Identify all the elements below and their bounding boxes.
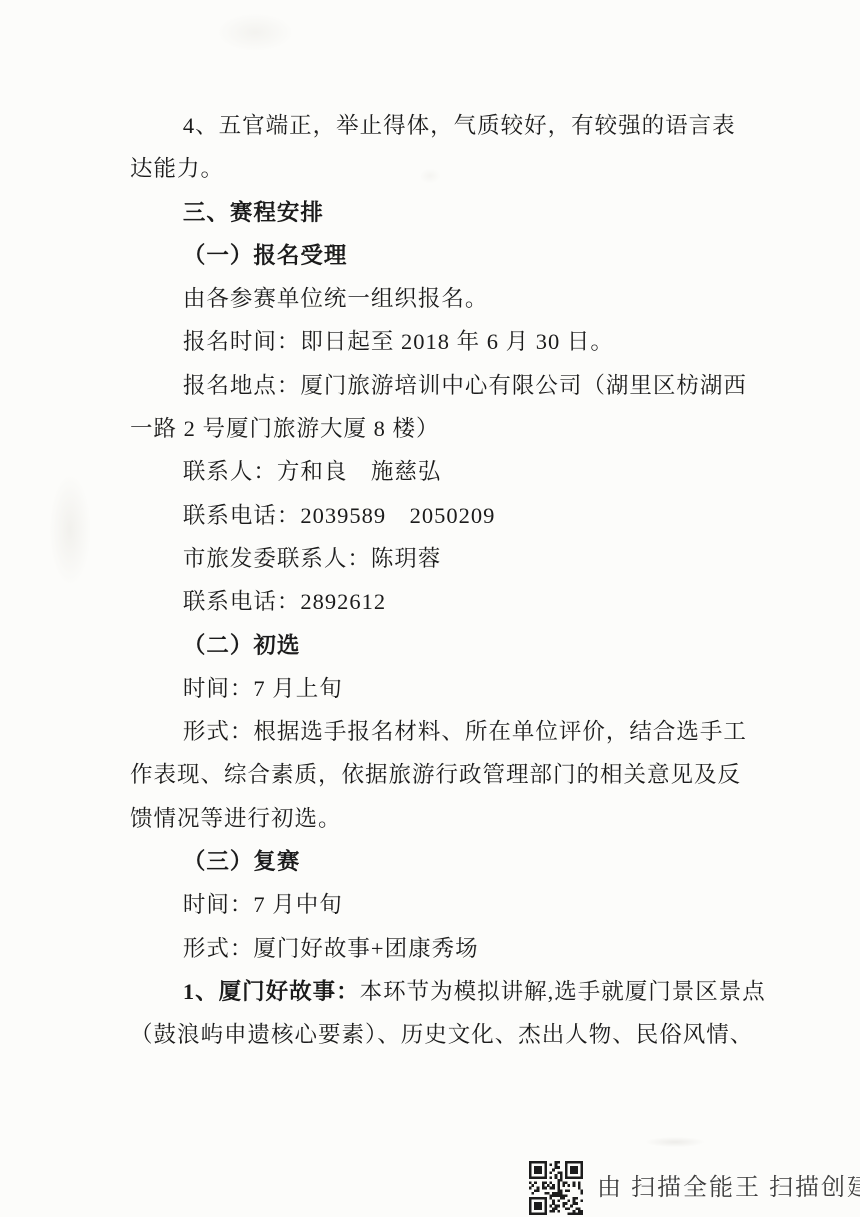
text-segment: 4、五官端正，举止得体，气质较好，有较强的语言表 bbox=[183, 113, 736, 138]
text-segment-bold: 三、赛程安排 bbox=[183, 200, 324, 225]
qr-code-icon bbox=[529, 1161, 583, 1215]
text-line: 报名时间：即日起至 2018 年 6 月 30 日。 bbox=[130, 320, 748, 363]
text-line: 联系电话：2039589 2050209 bbox=[130, 494, 748, 537]
text-line: 达能力。 bbox=[130, 147, 748, 190]
text-segment: 馈情况等进行初选。 bbox=[130, 806, 342, 831]
text-segment: 时间：7 月中旬 bbox=[183, 892, 343, 917]
scanned-document-page: 4、五官端正，举止得体，气质较好，有较强的语言表达能力。三、赛程安排（一）报名受… bbox=[0, 0, 860, 1217]
text-segment: 作表现、综合素质，依据旅游行政管理部门的相关意见及反 bbox=[130, 762, 741, 787]
text-segment-bold: 1、厦门好故事： bbox=[183, 979, 360, 1004]
text-segment: 达能力。 bbox=[130, 156, 224, 181]
text-segment: 联系人：方和良 施慈弘 bbox=[183, 459, 442, 484]
text-segment: 时间：7 月上旬 bbox=[183, 676, 343, 701]
text-segment: 形式：根据选手报名材料、所在单位评价，结合选手工 bbox=[183, 719, 747, 744]
text-line: 市旅发委联系人：陈玥蓉 bbox=[130, 537, 748, 580]
text-line: （三）复赛 bbox=[130, 840, 748, 883]
text-segment: 联系电话：2039589 2050209 bbox=[183, 503, 496, 528]
text-line: 一路 2 号厦门旅游大厦 8 楼） bbox=[130, 407, 748, 450]
document-body: 4、五官端正，举止得体，气质较好，有较强的语言表达能力。三、赛程安排（一）报名受… bbox=[130, 104, 748, 1057]
scan-artifact bbox=[40, 450, 100, 610]
text-line: 4、五官端正，举止得体，气质较好，有较强的语言表 bbox=[130, 104, 748, 147]
text-segment-bold: （三）复赛 bbox=[183, 849, 301, 874]
text-line: 形式：厦门好故事+团康秀场 bbox=[130, 927, 748, 970]
text-line: 时间：7 月上旬 bbox=[130, 667, 748, 710]
text-segment: 一路 2 号厦门旅游大厦 8 楼） bbox=[130, 416, 440, 441]
scan-artifact bbox=[635, 1135, 715, 1149]
text-segment: 市旅发委联系人：陈玥蓉 bbox=[183, 546, 442, 571]
scan-credit-text: 由 扫描全能王 扫描创建 bbox=[597, 1174, 860, 1202]
text-line: 时间：7 月中旬 bbox=[130, 883, 748, 926]
text-segment: 由各参赛单位统一组织报名。 bbox=[183, 286, 489, 311]
text-line: 联系人：方和良 施慈弘 bbox=[130, 450, 748, 493]
text-line: 作表现、综合素质，依据旅游行政管理部门的相关意见及反 bbox=[130, 753, 748, 796]
text-line: 形式：根据选手报名材料、所在单位评价，结合选手工 bbox=[130, 710, 748, 753]
text-line: （鼓浪屿申遗核心要素）、历史文化、杰出人物、民俗风情、 bbox=[130, 1013, 748, 1056]
text-line: （一）报名受理 bbox=[130, 234, 748, 277]
text-segment-bold: （二）初选 bbox=[183, 633, 301, 658]
text-line: 三、赛程安排 bbox=[130, 191, 748, 234]
scan-artifact bbox=[200, 5, 310, 60]
text-segment: 联系电话：2892612 bbox=[183, 589, 386, 614]
text-line: 1、厦门好故事：本环节为模拟讲解,选手就厦门景区景点 bbox=[130, 970, 748, 1013]
text-line: （二）初选 bbox=[130, 624, 748, 667]
text-line: 报名地点：厦门旅游培训中心有限公司（湖里区枋湖西 bbox=[130, 364, 748, 407]
text-segment: （鼓浪屿申遗核心要素）、历史文化、杰出人物、民俗风情、 bbox=[130, 1022, 753, 1047]
text-segment: 报名地点：厦门旅游培训中心有限公司（湖里区枋湖西 bbox=[183, 373, 747, 398]
text-segment: 形式：厦门好故事+团康秀场 bbox=[183, 936, 479, 961]
text-segment: 报名时间：即日起至 2018 年 6 月 30 日。 bbox=[183, 329, 614, 354]
text-line: 馈情况等进行初选。 bbox=[130, 797, 748, 840]
text-line: 由各参赛单位统一组织报名。 bbox=[130, 277, 748, 320]
text-segment-bold: （一）报名受理 bbox=[183, 243, 348, 268]
text-segment: 本环节为模拟讲解,选手就厦门景区景点 bbox=[360, 979, 766, 1004]
text-line: 联系电话：2892612 bbox=[130, 580, 748, 623]
